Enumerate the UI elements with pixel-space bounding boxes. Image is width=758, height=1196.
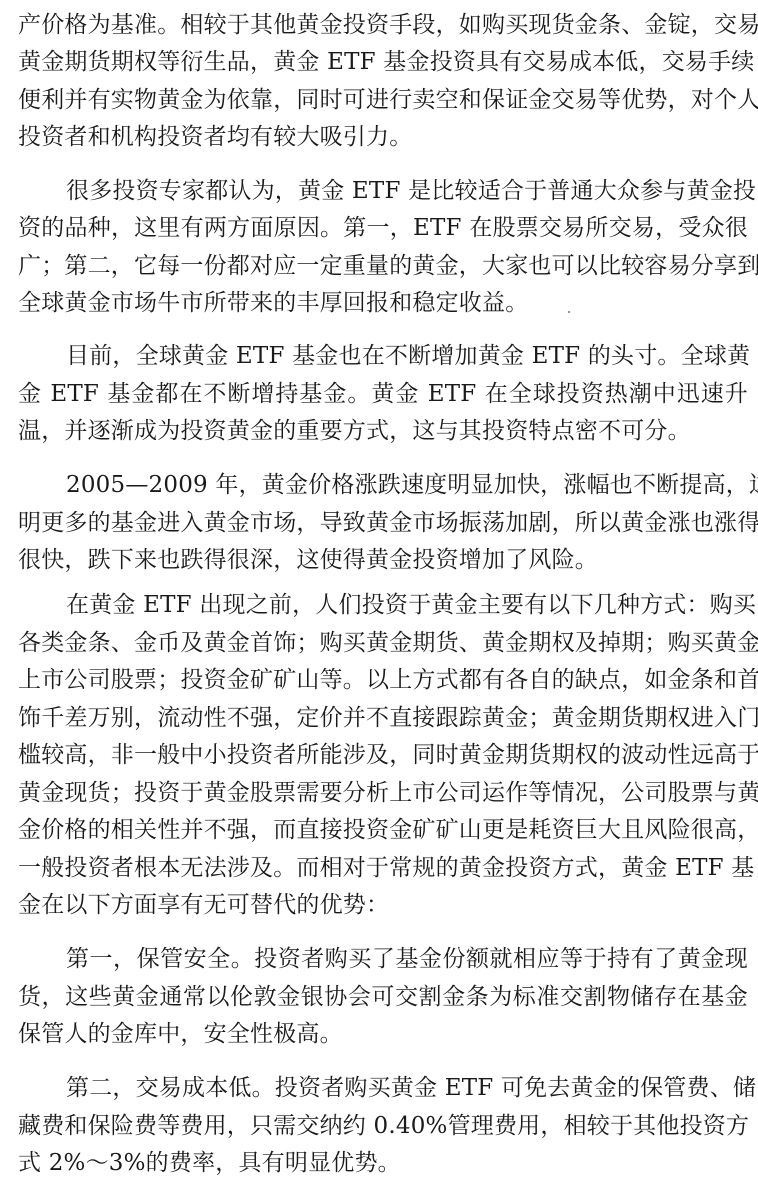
paragraph-5-line-1: 在黄金 ETF 出现之前，人们投资于黄金主要有以下几种方式：购买: [18, 590, 748, 620]
paragraph-6-line-1: 第一，保管安全。投资者购买了基金份额就相应等于持有了黄金现: [18, 944, 748, 974]
paragraph-1-line-2: 黄金期货期权等衍生品，黄金 ETF 基金投资具有交易成本低，交易手续: [18, 47, 748, 77]
paragraph-2-line-3: 广；第二，它每一份都对应一定重量的黄金，大家也可以比较容易分享到: [18, 251, 748, 281]
paragraph-7-line-1: 第二，交易成本低。投资者购买黄金 ETF 可免去黄金的保管费、储: [18, 1073, 748, 1103]
paragraph-5-line-4: 饰千差万别，流动性不强，定价并不直接跟踪黄金；黄金期货期权进入门: [18, 703, 748, 733]
paragraph-2-line-2: 资的品种，这里有两方面原因。第一，ETF 在股票交易所交易，受众很: [18, 213, 748, 243]
paragraph-6-line-3: 保管人的金库中，安全性极高。: [18, 1019, 748, 1049]
paragraph-2-line-1: 很多投资专家都认为，黄金 ETF 是比较适合于普通大众参与黄金投: [18, 176, 748, 206]
paragraph-5-line-3: 上市公司股票；投资金矿矿山等。以上方式都有各自的缺点，如金条和首: [18, 665, 748, 695]
paragraph-3-line-3: 温，并逐渐成为投资黄金的重要方式，这与其投资特点密不可分。: [18, 416, 748, 446]
paragraph-1-line-4: 投资者和机构投资者均有较大吸引力。: [18, 122, 748, 152]
scan-speck: [568, 311, 570, 313]
paragraph-5-line-5: 槛较高，非一般中小投资者所能涉及，同时黄金期货期权的波动性远高于: [18, 740, 748, 770]
paragraph-1-line-3: 便利并有实物黄金为依靠，同时可进行卖空和保证金交易等优势，对个人: [18, 85, 748, 115]
paragraph-1-line-1: 产价格为基准。相较于其他黄金投资手段，如购买现货金条、金锭，交易: [18, 10, 748, 40]
paragraph-3-line-1: 目前，全球黄金 ETF 基金也在不断增加黄金 ETF 的头寸。全球黄: [18, 341, 748, 371]
document-page: 产价格为基准。相较于其他黄金投资手段，如购买现货金条、金锭，交易 黄金期货期权等…: [0, 0, 758, 1196]
paragraph-5-line-9: 金在以下方面享有无可替代的优势：: [18, 890, 748, 920]
paragraph-4-line-3: 很快，跌下来也跌得很深，这使得黄金投资增加了风险。: [18, 545, 748, 575]
paragraph-4-line-1: 2005—2009 年，黄金价格涨跌速度明显加快，涨幅也不断提高，这说: [18, 470, 748, 500]
paragraph-2-line-4: 全球黄金市场牛市所带来的丰厚回报和稳定收益。: [18, 288, 748, 318]
paragraph-7-line-2: 藏费和保险费等费用，只需交纳约 0.40%管理费用，相较于其他投资方: [18, 1111, 748, 1141]
paragraph-5-line-6: 黄金现货；投资于黄金股票需要分析上市公司运作等情况，公司股票与黄: [18, 778, 748, 808]
paragraph-5-line-2: 各类金条、金币及黄金首饰；购买黄金期货、黄金期权及掉期；购买黄金类: [18, 628, 748, 658]
paragraph-4-line-2: 明更多的基金进入黄金市场，导致黄金市场振荡加剧，所以黄金涨也涨得: [18, 508, 748, 538]
paragraph-3-line-2: 金 ETF 基金都在不断增持基金。黄金 ETF 在全球投资热潮中迅速升: [18, 379, 748, 409]
paragraph-5-line-7: 金价格的相关性并不强，而直接投资金矿矿山更是耗资巨大且风险很高，: [18, 815, 748, 845]
paragraph-7-line-3: 式 2%～3%的费率，具有明显优势。: [18, 1148, 748, 1178]
paragraph-6-line-2: 货，这些黄金通常以伦敦金银协会可交割金条为标准交割物储存在基金: [18, 982, 748, 1012]
paragraph-5-line-8: 一般投资者根本无法涉及。而相对于常规的黄金投资方式，黄金 ETF 基: [18, 853, 748, 883]
